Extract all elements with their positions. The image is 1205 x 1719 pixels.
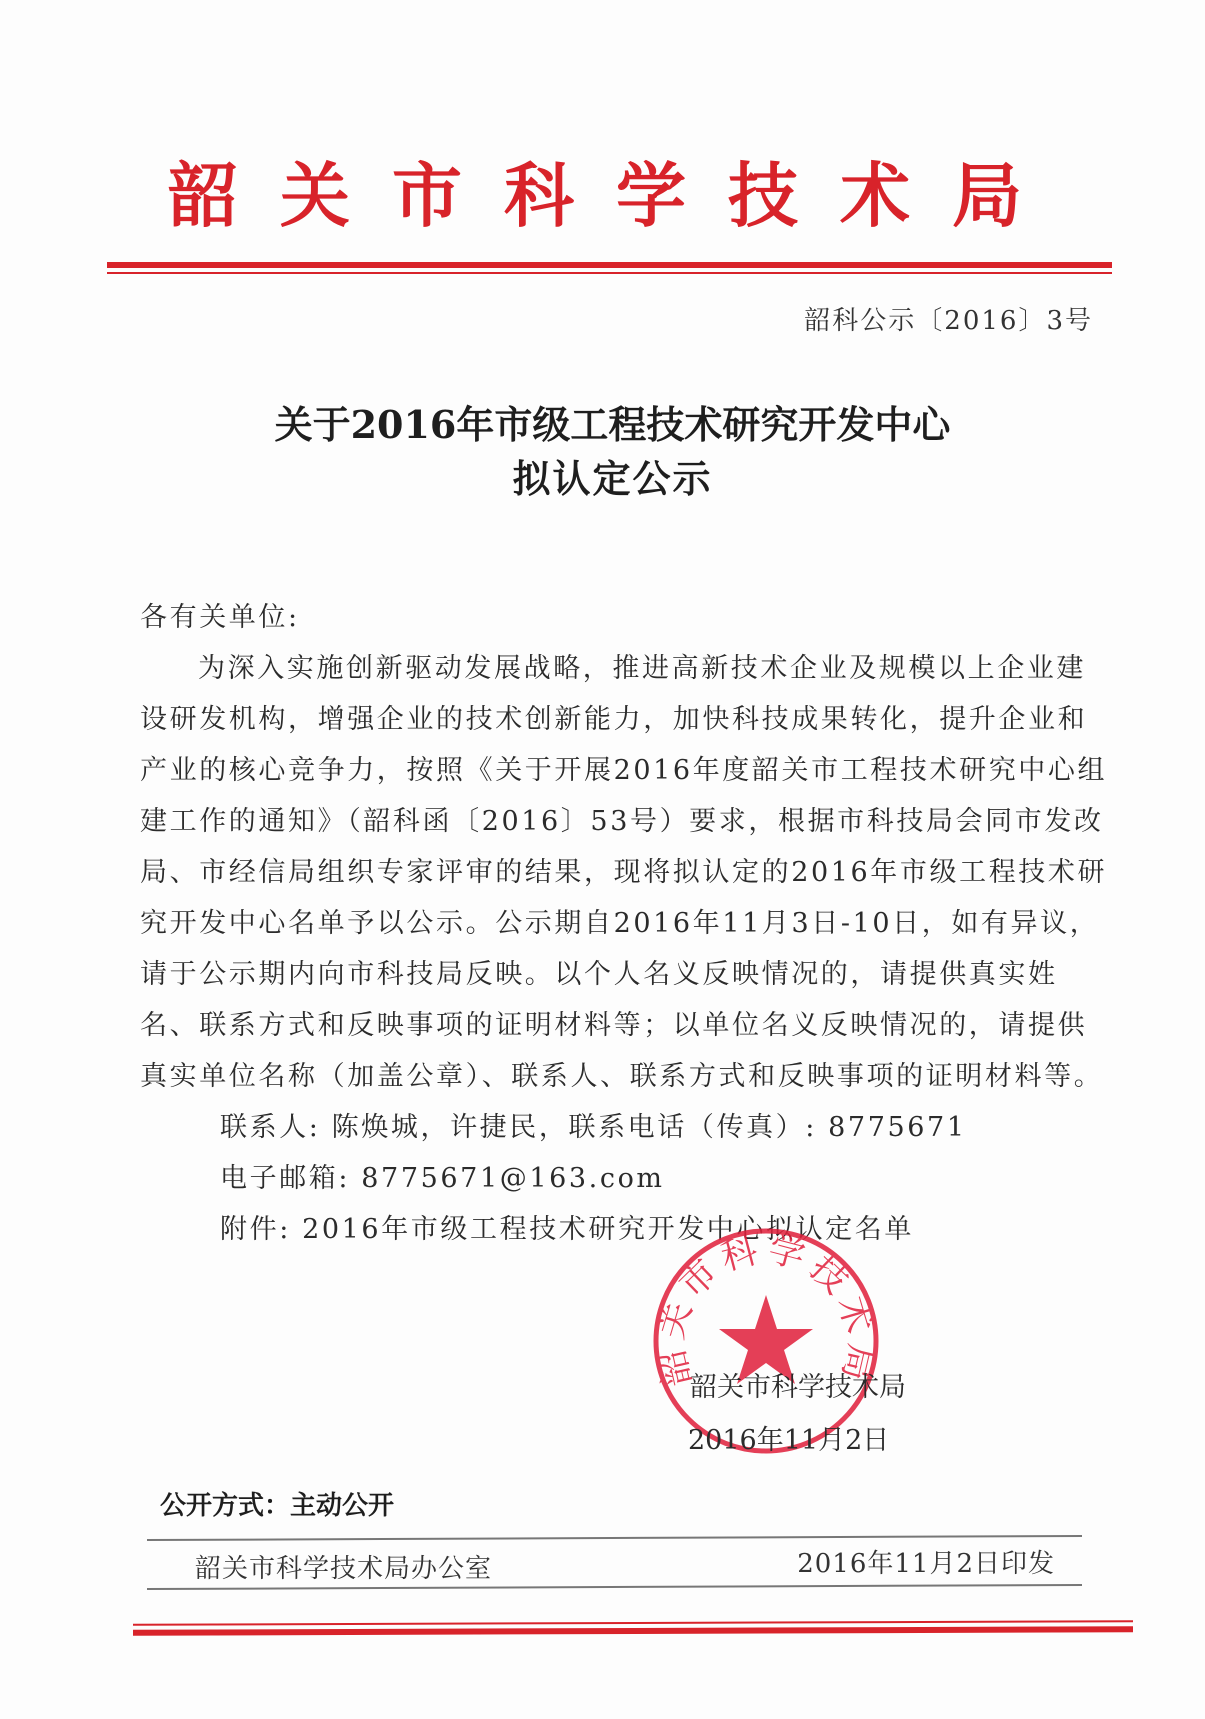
signature-org: 韶关市科学技术局 — [690, 1365, 906, 1404]
document-number: 韶科公示〔2016〕3号 — [804, 300, 1093, 337]
signature-date: 2016年11月2日 — [688, 1418, 889, 1457]
title-line-1: 关于2016年市级工程技术研究开发中心 — [0, 398, 1205, 452]
masthead-rule-thick — [107, 262, 1112, 268]
bottom-rule-thin — [133, 1620, 1133, 1625]
bottom-rule-thick — [133, 1626, 1133, 1635]
masthead-org-name: 韶关市科学技术局 — [168, 150, 968, 242]
contact-people: 联系人: 陈焕城，许捷民，联系电话（传真）: 8775671 — [140, 1102, 1110, 1153]
title-line-2: 拟认定公示 — [0, 452, 1205, 506]
contact-email: 电子邮箱: 8775671@163.com — [140, 1153, 1110, 1204]
body-paragraph: 为深入实施创新驱动发展战略，推进高新技术企业及规模以上企业建设研发机构，增强企业… — [140, 643, 1110, 1102]
attachment-note: 附件: 2016年市级工程技术研究开发中心拟认定名单 — [140, 1204, 1110, 1255]
masthead-rule-thin — [107, 272, 1112, 274]
document-title: 关于2016年市级工程技术研究开发中心 拟认定公示 — [0, 398, 1205, 506]
salutation: 各有关单位: — [140, 592, 1110, 643]
issuing-office: 韶关市科学技术局办公室 — [195, 1548, 492, 1585]
print-date: 2016年11月2日印发 — [797, 1543, 1055, 1580]
footer-rule-top — [147, 1535, 1082, 1541]
disclosure-mode: 公开方式：主动公开 — [160, 1485, 394, 1522]
document-body: 各有关单位: 为深入实施创新驱动发展战略，推进高新技术企业及规模以上企业建设研发… — [140, 592, 1110, 1255]
